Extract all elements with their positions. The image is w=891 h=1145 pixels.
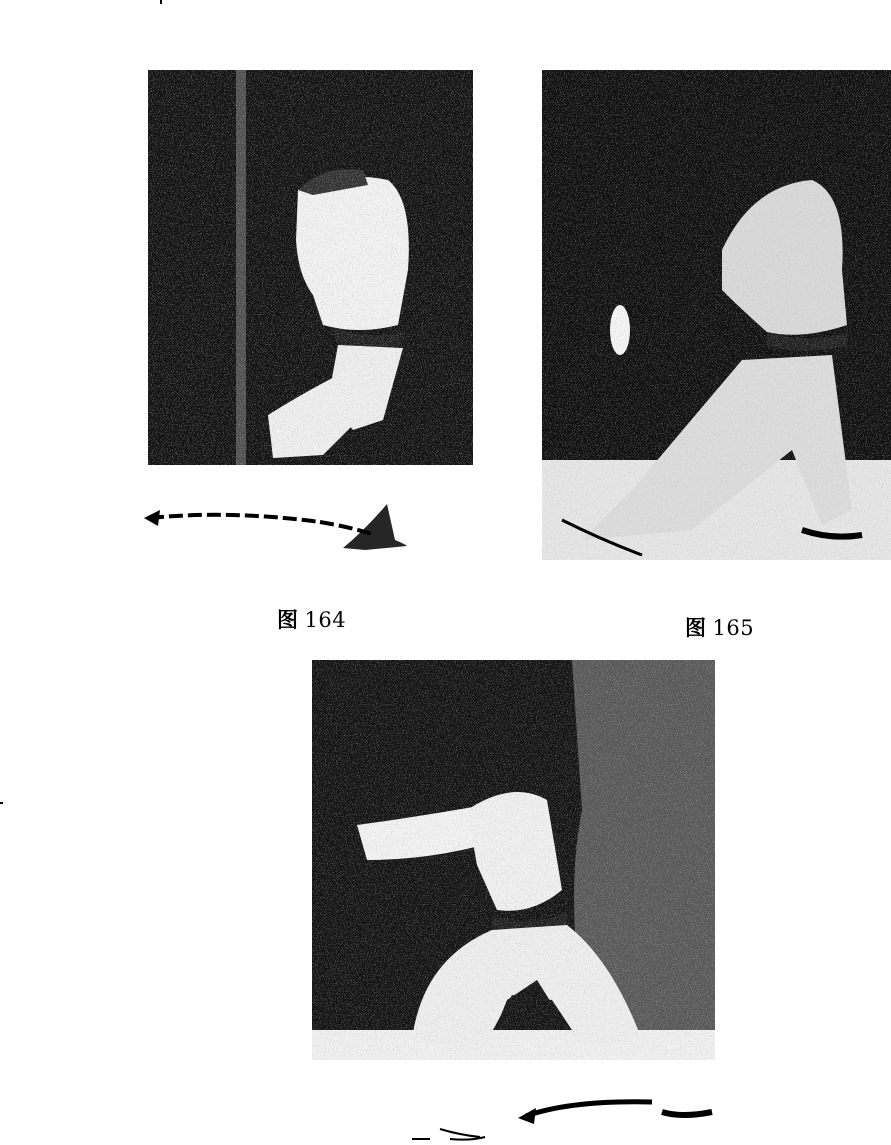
figure-165-caption: 图165	[685, 612, 754, 642]
foot-outline-icon	[410, 1125, 490, 1145]
foot-shadow-icon	[335, 500, 415, 552]
figure-165-photo	[542, 70, 891, 560]
figure-label: 图	[685, 615, 707, 640]
figure-166-illustration	[312, 660, 715, 1060]
scan-speck	[160, 0, 162, 4]
figure-label: 图	[277, 607, 299, 632]
scan-speck	[0, 802, 3, 804]
figure-166-photo	[312, 660, 715, 1060]
figure-number: 164	[305, 608, 347, 632]
figure-164-illustration	[148, 70, 473, 465]
figure-164-photo	[148, 70, 473, 465]
figure-164-caption: 图164	[277, 604, 346, 634]
solid-arrow-left-icon	[512, 1090, 737, 1130]
figure-165-illustration	[542, 70, 891, 560]
figure-number: 165	[713, 616, 755, 640]
